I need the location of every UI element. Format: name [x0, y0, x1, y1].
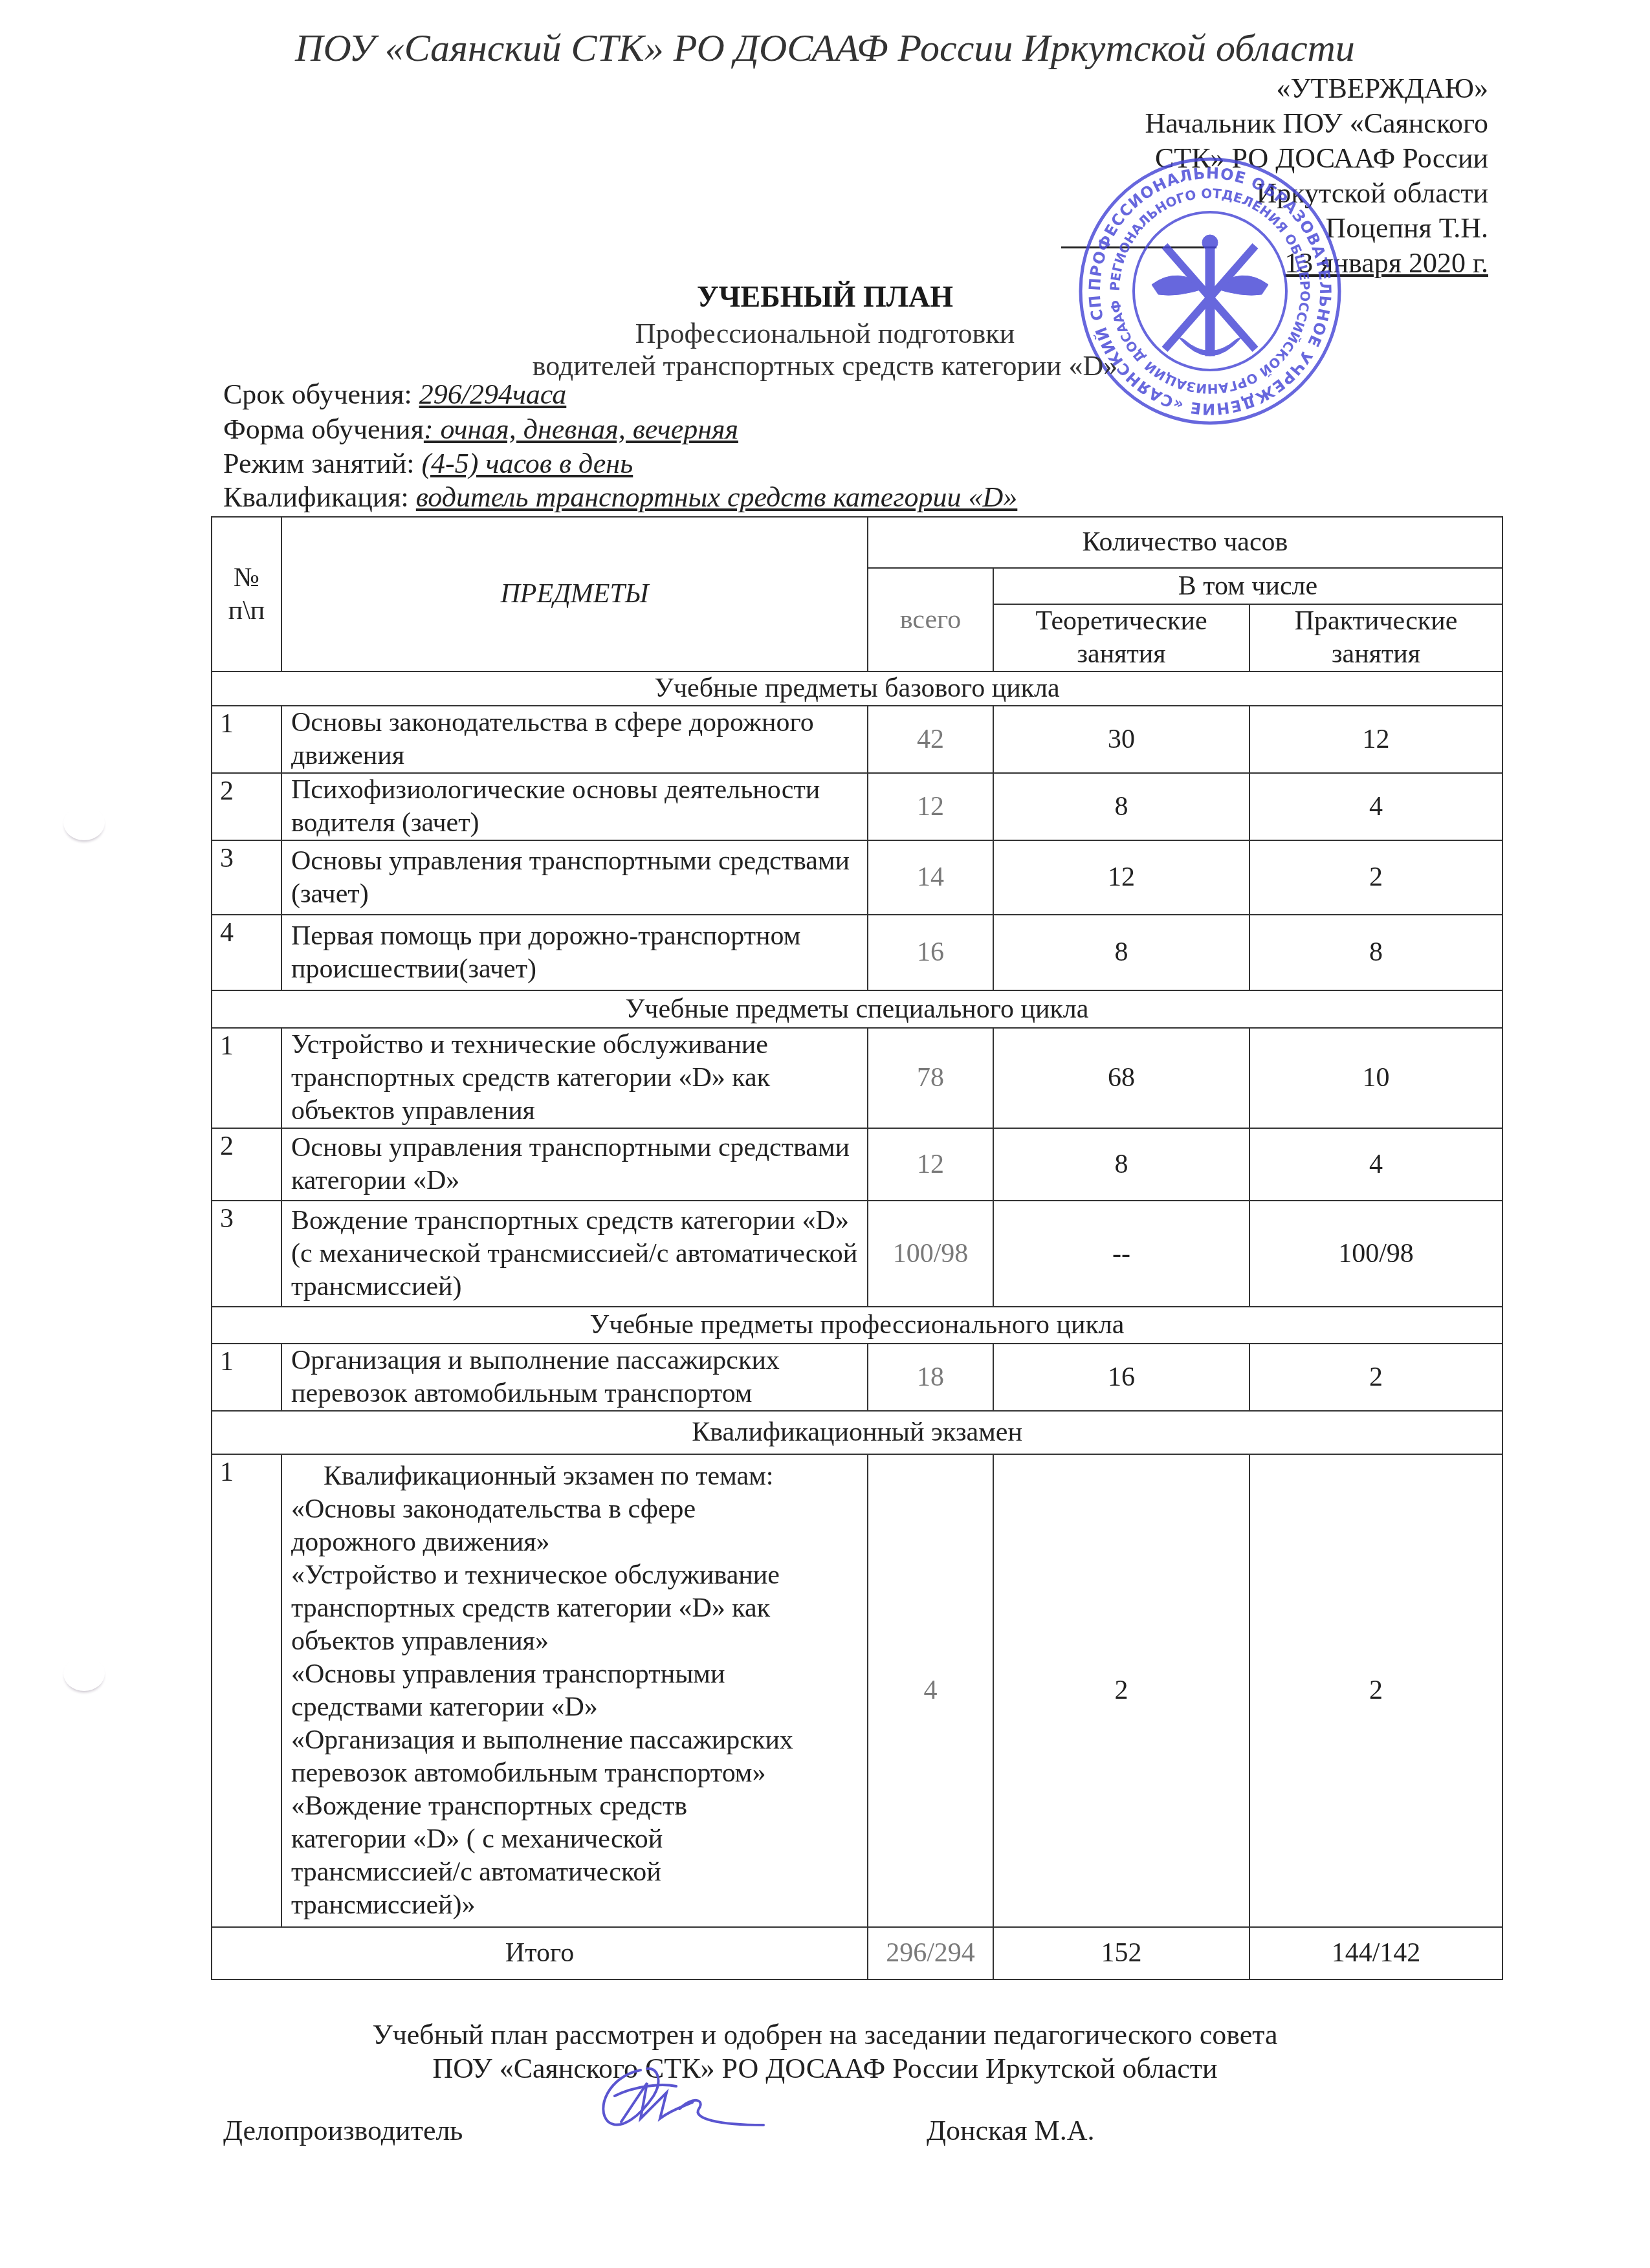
table-row: 4Первая помощь при дорожно-транспортном …: [212, 915, 1502, 990]
header-number: № п\п: [212, 517, 281, 671]
row-practice-hours: 12: [1249, 706, 1502, 773]
meta-schedule: Режим занятий: (4-5) часов в день: [223, 446, 633, 481]
exam-topic-line: средствами категории «D»: [291, 1691, 858, 1724]
meta-qualification: Квалификация: водитель транспортных сред…: [223, 480, 1017, 515]
section-header-row: Учебные предметы профессионального цикла: [212, 1307, 1502, 1344]
curriculum-table: № п\п ПРЕДМЕТЫ Количество часов всего В …: [211, 516, 1503, 1980]
header-number-sign: №: [221, 562, 272, 594]
row-theory-hours: 30: [993, 706, 1249, 773]
approval-position: Начальник ПОУ «Саянского: [1145, 106, 1488, 141]
row-subject: Квалификационный экзамен по темам:«Основ…: [281, 1454, 868, 1927]
row-practice-hours: 8: [1249, 915, 1502, 990]
approval-note-line-2: ПОУ «Саянского СТК» РО ДОСААФ России Ирк…: [0, 2052, 1650, 2085]
row-number: 2: [212, 773, 281, 840]
row-subject: Основы управления транспортными средства…: [281, 840, 868, 915]
row-theory-hours: 8: [993, 1128, 1249, 1201]
row-number: 2: [212, 1128, 281, 1201]
meta-value: водитель транспортных средств категории …: [416, 481, 1017, 513]
exam-topic-line: объектов управления»: [291, 1625, 858, 1658]
row-subject: Психофизиологические основы деятельности…: [281, 773, 868, 840]
row-practice-hours: 4: [1249, 773, 1502, 840]
meta-label: Квалификация:: [223, 481, 416, 513]
totals-practice-hours: 144/142: [1249, 1927, 1502, 1979]
header-hours: Количество часов: [868, 517, 1502, 568]
header-total: всего: [868, 568, 993, 671]
meta-duration: Срок обучения: 296/294часа: [223, 377, 566, 412]
row-theory-hours: 12: [993, 840, 1249, 915]
row-number: 1: [212, 1344, 281, 1411]
row-number: 1: [212, 1028, 281, 1128]
header-including: В том числе: [993, 568, 1502, 604]
row-subject: Устройство и технические обслуживание тр…: [281, 1028, 868, 1128]
table-row: 1Организация и выполнение пассажирских п…: [212, 1344, 1502, 1411]
section-title: Учебные предметы профессионального цикла: [212, 1307, 1502, 1344]
row-number: 1: [212, 1454, 281, 1927]
exam-topic-line: Квалификационный экзамен по темам:: [291, 1460, 858, 1493]
row-theory-hours: --: [993, 1201, 1249, 1307]
table-row: 1Основы законодательства в сфере дорожно…: [212, 706, 1502, 773]
exam-topic-line: «Основы законодательства в сфере: [291, 1493, 858, 1526]
section-header-row: Учебные предметы специального цикла: [212, 990, 1502, 1028]
row-practice-hours: 2: [1249, 840, 1502, 915]
row-practice-hours: 10: [1249, 1028, 1502, 1128]
table-row: 2Основы управления транспортными средств…: [212, 1128, 1502, 1201]
exam-topic-line: дорожного движения»: [291, 1526, 858, 1559]
row-practice-hours: 2: [1249, 1454, 1502, 1927]
table-row: 1Квалификационный экзамен по темам:«Осно…: [212, 1454, 1502, 1927]
exam-topic-line: транспортных средств категории «D» как: [291, 1592, 858, 1625]
header-theory: Теоретические занятия: [993, 604, 1249, 671]
row-total-hours: 16: [868, 915, 993, 990]
row-total-hours: 100/98: [868, 1201, 993, 1307]
row-number: 1: [212, 706, 281, 773]
exam-topic-line: категории «D» ( с механической: [291, 1823, 858, 1856]
row-total-hours: 14: [868, 840, 993, 915]
section-title: Учебные предметы базового цикла: [212, 671, 1502, 706]
exam-topic-line: «Основы управления транспортными: [291, 1658, 858, 1691]
section-title: Учебные предметы специального цикла: [212, 990, 1502, 1028]
row-total-hours: 12: [868, 1128, 993, 1201]
hole-punch-mark: [63, 1656, 105, 1691]
table-row: 3Основы управления транспортными средств…: [212, 840, 1502, 915]
row-subject: Основы законодательства в сфере дорожног…: [281, 706, 868, 773]
meta-label: Режим занятий:: [223, 448, 421, 479]
row-theory-hours: 8: [993, 773, 1249, 840]
header-number-pp: п\п: [221, 594, 272, 627]
meta-form: Форма обучения: очная, дневная, вечерняя: [223, 412, 738, 447]
row-total-hours: 78: [868, 1028, 993, 1128]
row-total-hours: 4: [868, 1454, 993, 1927]
plan-subtitle-1: Профессиональной подготовки: [0, 317, 1650, 350]
header-subjects: ПРЕДМЕТЫ: [281, 517, 868, 671]
meta-value: : очная, дневная, вечерняя: [424, 413, 738, 445]
row-subject: Основы управления транспортными средства…: [281, 1128, 868, 1201]
approval-heading: «УТВЕРЖДАЮ»: [1145, 71, 1488, 106]
meta-label: Форма обучения: [223, 413, 424, 445]
approval-note-line-1: Учебный план рассмотрен и одобрен на зас…: [0, 2018, 1650, 2051]
row-practice-hours: 2: [1249, 1344, 1502, 1411]
totals-total-hours: 296/294: [868, 1927, 993, 1979]
row-theory-hours: 8: [993, 915, 1249, 990]
plan-title: УЧЕБНЫЙ ПЛАН: [0, 279, 1650, 314]
section-header-row: Учебные предметы базового цикла: [212, 671, 1502, 706]
row-total-hours: 42: [868, 706, 993, 773]
row-number: 3: [212, 840, 281, 915]
table-row: 3Вождение транспортных средств категории…: [212, 1201, 1502, 1307]
totals-theory-hours: 152: [993, 1927, 1249, 1979]
header-practice: Практические занятия: [1249, 604, 1502, 671]
exam-topic-line: «Устройство и техническое обслуживание: [291, 1559, 858, 1592]
row-practice-hours: 100/98: [1249, 1201, 1502, 1307]
exam-topic-line: трансмиссией)»: [291, 1889, 858, 1922]
row-number: 3: [212, 1201, 281, 1307]
exam-topic-line: «Вождение транспортных средств: [291, 1790, 858, 1823]
curriculum-body: Учебные предметы базового цикла1Основы з…: [212, 671, 1502, 1979]
row-subject: Первая помощь при дорожно-транспортном п…: [281, 915, 868, 990]
table-row: 2Психофизиологические основы деятельност…: [212, 773, 1502, 840]
row-theory-hours: 2: [993, 1454, 1249, 1927]
signature-icon: [595, 2057, 776, 2148]
section-title: Квалификационный экзамен: [212, 1411, 1502, 1454]
row-theory-hours: 16: [993, 1344, 1249, 1411]
exam-topic-line: «Организация и выполнение пассажирских: [291, 1724, 858, 1757]
table-row: 1Устройство и технические обслуживание т…: [212, 1028, 1502, 1128]
meta-value: (4-5) часов в день: [421, 448, 633, 479]
meta-value: 296/294часа: [419, 378, 567, 410]
organization-header: ПОУ «Саянский СТК» РО ДОСААФ России Ирку…: [0, 26, 1650, 71]
row-total-hours: 12: [868, 773, 993, 840]
exam-topic-line: трансмиссией/с автоматической: [291, 1856, 858, 1889]
row-practice-hours: 4: [1249, 1128, 1502, 1201]
meta-label: Срок обучения:: [223, 378, 419, 410]
row-subject: Организация и выполнение пассажирских пе…: [281, 1344, 868, 1411]
clerk-role: Делопроизводитель: [223, 2114, 463, 2147]
section-header-row: Квалификационный экзамен: [212, 1411, 1502, 1454]
totals-label: Итого: [212, 1927, 868, 1979]
row-total-hours: 18: [868, 1344, 993, 1411]
row-subject: Вождение транспортных средств категории …: [281, 1201, 868, 1307]
row-number: 4: [212, 915, 281, 990]
row-theory-hours: 68: [993, 1028, 1249, 1128]
hole-punch-mark: [63, 805, 105, 840]
exam-topic-line: перевозок автомобильным транспортом»: [291, 1757, 858, 1790]
totals-row: Итого296/294152144/142: [212, 1927, 1502, 1979]
clerk-name: Донская М.А.: [927, 2114, 1094, 2147]
